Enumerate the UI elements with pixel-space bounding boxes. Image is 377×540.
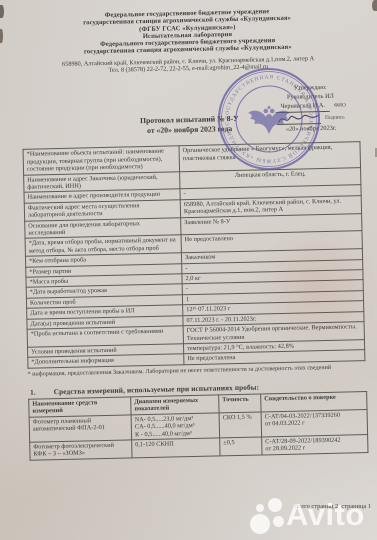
instrument-range-cell: 0,1-120 СКНП xyxy=(132,438,220,458)
range-line: К - 0,5......40,0 мг/дм³ xyxy=(135,429,216,438)
org-address: 658980, Алтайский край, Ключевский район… xyxy=(0,54,377,78)
approval-block: Утверждаю: Руководитель ИЛ Чернявская И.… xyxy=(249,82,372,135)
instrument-certificate-cell: С-АТ/28-09-2022/189390242 от 28.09.2022 … xyxy=(262,435,368,455)
avito-logo-dot-icon xyxy=(250,514,270,534)
certificate-line: от 28.09.2022 г xyxy=(265,443,364,453)
avito-watermark-text: Avito xyxy=(286,497,365,533)
column-header: Диапазон измеряемых показателей xyxy=(131,395,219,415)
avito-logo-dot-icon xyxy=(268,498,282,512)
range-line: 0,1-120 СКНП xyxy=(135,439,216,448)
org-header: Федеральное государственное бюджетное уч… xyxy=(0,0,376,58)
column-header: Наименование средств измерений xyxy=(29,397,131,417)
info-label-cell: *Наименование объекта испытаний: наимено… xyxy=(23,146,180,175)
photo-edge-artifact xyxy=(0,29,3,43)
instruments-table: Наименование средств измерений Диапазон … xyxy=(28,391,368,461)
instrument-accuracy-cell: ±0,5 xyxy=(220,437,262,456)
section1-number: 1. xyxy=(30,388,36,397)
protocol-document: Федеральное государственное бюджетное уч… xyxy=(0,0,377,461)
approval-signature-caption: Подпись xyxy=(325,114,345,124)
instrument-name-cell: Фотометр пламенный автоматический ФПА-2-… xyxy=(29,415,132,443)
instrument-name-cell: Фотометр фотоэлектрический КФК – 3 – «ЗО… xyxy=(30,440,132,460)
approval-name: Чернявская И.А. xyxy=(275,101,330,112)
approval-name-caption: ФИО xyxy=(334,102,346,111)
document-photo: Федеральное государственное бюджетное уч… xyxy=(0,0,377,540)
info-label-cell: *Дополнительная информация xyxy=(28,354,184,368)
avito-logo-dot-icon xyxy=(273,516,284,527)
signature-scribble-icon xyxy=(277,112,321,125)
photo-edge-artifact xyxy=(372,0,377,11)
column-header: Точность xyxy=(219,394,261,413)
instrument-accuracy-cell: СКО 1,5 % xyxy=(219,412,262,438)
avito-logo-dot-icon xyxy=(256,504,264,512)
instrument-range-cell: NA- 0,5.....23,0 мг/дм³ CA- 0,5......40,… xyxy=(131,413,220,440)
instrument-certificate-cell: С-АТ/04-03-2022/137339260 от 04.03.2022 … xyxy=(261,409,368,437)
approval-date: «20» ноября 2023г. xyxy=(250,122,372,134)
photo-edge-artifact xyxy=(0,5,4,18)
avito-watermark: Avito xyxy=(246,495,376,540)
certificate-line: от 04.03.2022 г xyxy=(265,418,364,428)
sample-info-table: *Наименование объекта испытаний: наимено… xyxy=(23,142,366,369)
